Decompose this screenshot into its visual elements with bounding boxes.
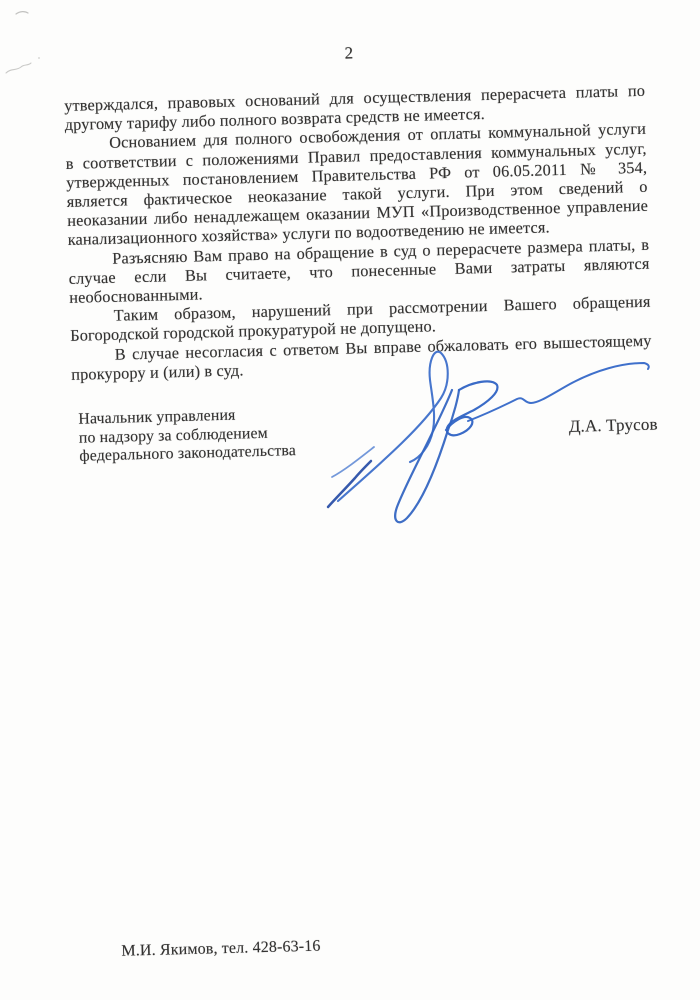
signer-position-title: Начальник управления по надзору за соблю…: [78, 405, 296, 466]
signature-scribble-icon: [315, 342, 655, 532]
body-text: утверждался, правовых оснований для осущ…: [64, 81, 652, 384]
scanned-letter-page: { "document": { "page_number": "2", "par…: [0, 0, 700, 1000]
page-number: 2: [0, 34, 699, 72]
executor-contact: М.И. Якимов, тел. 428-63-16: [121, 938, 321, 961]
